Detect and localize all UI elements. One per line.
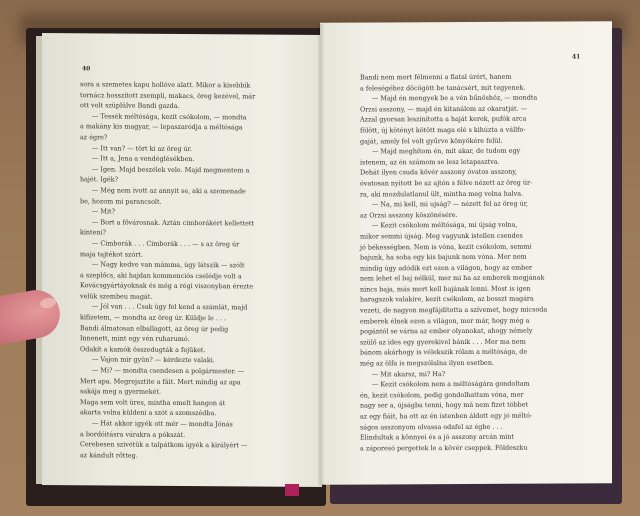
right-page: 41 Bandi nem mert félmenni a fiatal úrér… <box>320 21 612 485</box>
text-line: a záporesó pergettek le a kövér cseppek.… <box>360 442 580 454</box>
bookmark-ribbon <box>285 484 299 496</box>
left-page: 40 sora a szemetes kapu hollóve alatt. M… <box>42 33 322 487</box>
left-page-number: 40 <box>82 65 90 72</box>
book-spine <box>318 24 324 486</box>
right-page-text: Bandi nem mert félmenni a fiatal úrért, … <box>360 71 580 454</box>
text-line: vezeti, de nagyon megfájdította a szívem… <box>360 304 580 316</box>
right-page-number: 41 <box>572 53 580 60</box>
left-page-text: sora a szemetes kapu hollóve alatt. Miko… <box>80 79 304 462</box>
text-line: a makány kis magyar, — lepaszaródja a mé… <box>80 122 304 134</box>
text-line: az kándult rőtteg. <box>80 450 304 462</box>
text-line: — Bort a fővárosnak. Aztán cimborákért k… <box>80 217 304 229</box>
